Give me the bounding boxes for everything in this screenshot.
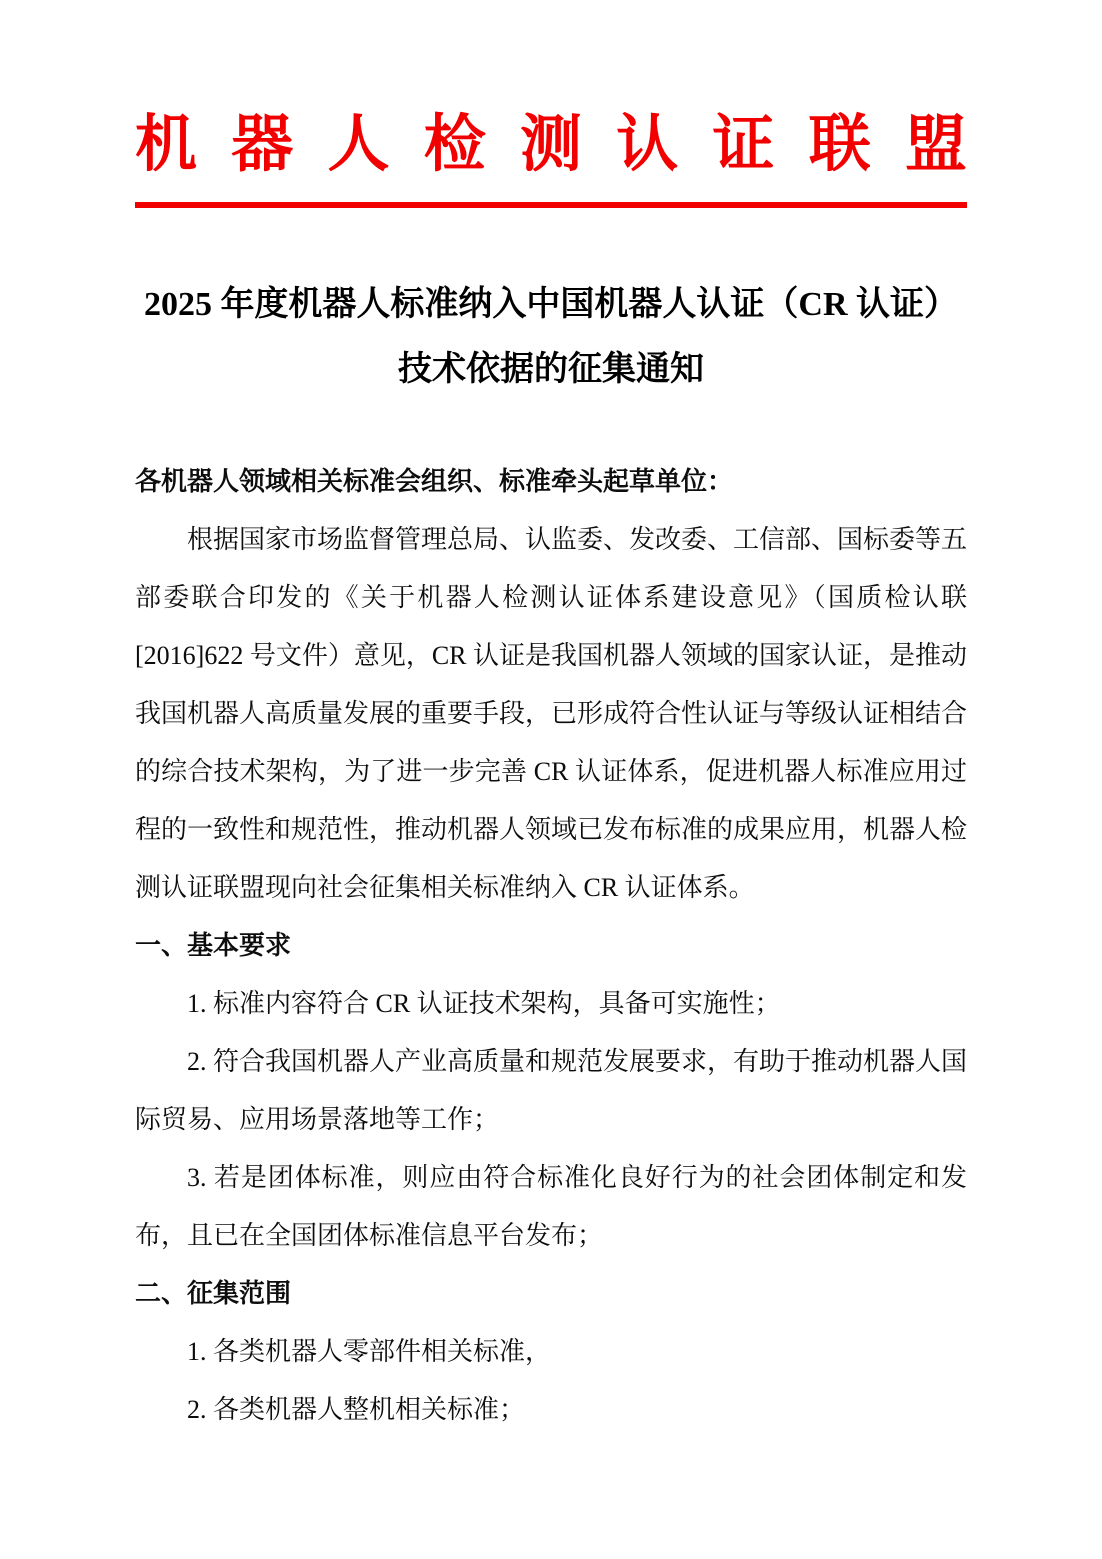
document-body: 各机器人领域相关标准会组织、标准牵头起草单位： 根据国家市场监督管理总局、认监委… [135, 453, 967, 1439]
document-title: 2025 年度机器人标准纳入中国机器人认证（CR 认证） 技术依据的征集通知 [135, 272, 967, 402]
section-2-heading: 二、征集范围 [135, 1265, 967, 1323]
document-title-line-1: 2025 年度机器人标准纳入中国机器人认证（CR 认证） [135, 272, 967, 337]
document-title-line-2: 技术依据的征集通知 [135, 337, 967, 402]
section-1-item-3: 3. 若是团体标准，则应由符合标准化良好行为的社会团体制定和发布，且已在全国团体… [135, 1149, 967, 1265]
section-1-heading: 一、基本要求 [135, 917, 967, 975]
section-1-item-2: 2. 符合我国机器人产业高质量和规范发展要求，有助于推动机器人国际贸易、应用场景… [135, 1033, 967, 1149]
masthead-title: 机器人检测认证联盟 [135, 0, 967, 178]
intro-paragraph: 根据国家市场监督管理总局、认监委、发改委、工信部、国标委等五部委联合印发的《关于… [135, 511, 967, 917]
document-page: 机器人检测认证联盟 2025 年度机器人标准纳入中国机器人认证（CR 认证） 技… [0, 0, 1102, 1559]
masthead-divider [135, 202, 967, 208]
section-2-item-1: 1. 各类机器人零部件相关标准， [135, 1323, 967, 1381]
section-2-item-2: 2. 各类机器人整机相关标准； [135, 1381, 967, 1439]
section-1-item-1: 1. 标准内容符合 CR 认证技术架构，具备可实施性； [135, 975, 967, 1033]
salutation-line: 各机器人领域相关标准会组织、标准牵头起草单位： [135, 453, 967, 511]
page-content: 机器人检测认证联盟 2025 年度机器人标准纳入中国机器人认证（CR 认证） 技… [135, 0, 967, 1439]
